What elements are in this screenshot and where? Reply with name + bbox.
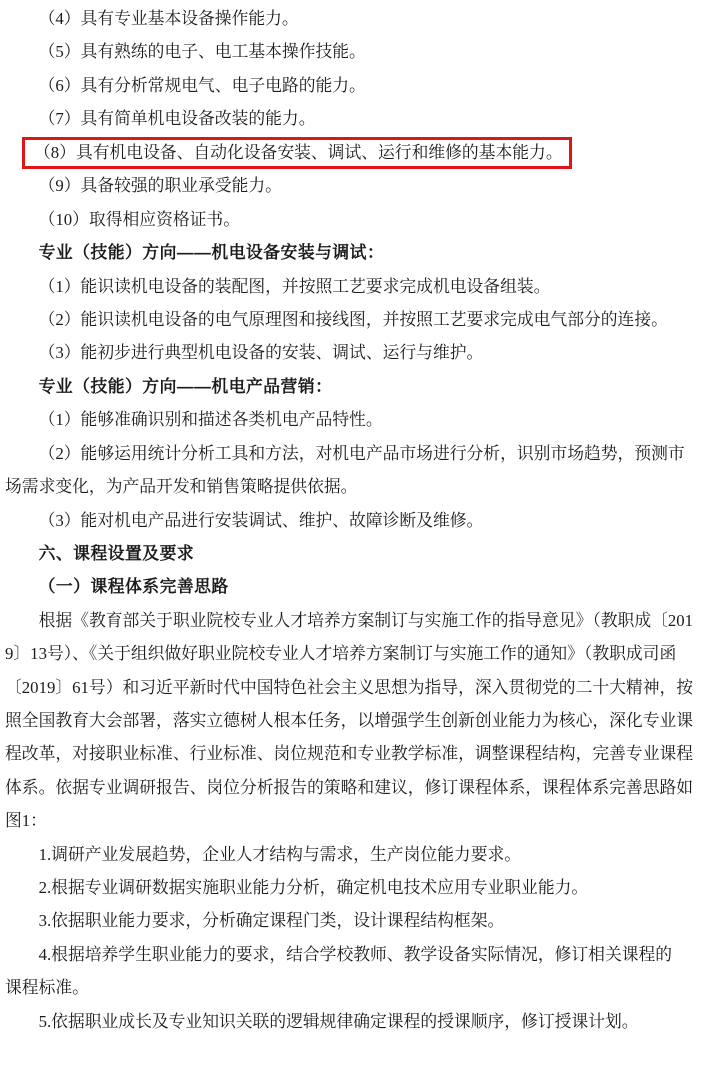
body-paragraph: （1）能够准确识别和描述各类机电产品特性。 <box>5 403 712 436</box>
text-line: （5）具有熟练的电子、电工基本操作技能。 <box>5 35 712 68</box>
text-line: 1.调研产业发展趋势，企业人才结构与需求，生产岗位能力要求。 <box>5 838 712 871</box>
text-line: （2）能识读机电设备的电气原理图和接线图，并按照工艺要求完成电气部分的连接。 <box>5 303 712 336</box>
body-paragraph: （3）能初步进行典型机电设备的安装、调试、运行与维护。 <box>5 336 712 369</box>
text-line: （一）课程体系完善思路 <box>5 570 712 603</box>
heading-paragraph: 专业（技能）方向——机电设备安装与调试： <box>5 236 712 269</box>
text-line: （10）取得相应资格证书。 <box>5 203 712 236</box>
text-line: （1）能够准确识别和描述各类机电产品特性。 <box>5 403 712 436</box>
document-page: （4）具有专业基本设备操作能力。（5）具有熟练的电子、电工基本操作技能。（6）具… <box>0 0 717 1072</box>
body-paragraph: （2）能够运用统计分析工具和方法，对机电产品市场进行分析，识别市场趋势，预测市场… <box>5 437 712 504</box>
text-line: 2.根据专业调研数据实施职业能力分析，确定机电技术应用专业职业能力。 <box>5 871 712 904</box>
text-line: （3）能初步进行典型机电设备的安装、调试、运行与维护。 <box>5 336 712 369</box>
text-line: 专业（技能）方向——机电设备安装与调试： <box>5 236 712 269</box>
text-line: 六、课程设置及要求 <box>5 537 712 570</box>
red-annotation-box: （8）具有机电设备、自动化设备安装、调试、运行和维修的基本能力。 <box>22 137 572 170</box>
heading-paragraph: 专业（技能）方向——机电产品营销： <box>5 370 712 403</box>
text-line: （7）具有简单机电设备改装的能力。 <box>5 102 712 135</box>
text-line: 体系。依据专业调研报告、岗位分析报告的策略和建议，修订课程体系，课程体系完善思路… <box>5 771 712 804</box>
text-line: （4）具有专业基本设备操作能力。 <box>5 2 712 35</box>
text-line: 5.依据职业成长及专业知识关联的逻辑规律确定课程的授课顺序，修订授课计划。 <box>5 1005 712 1038</box>
text-line: （1）能识读机电设备的装配图，并按照工艺要求完成机电设备组装。 <box>5 270 712 303</box>
text-line: 3.依据职业能力要求，分析确定课程门类，设计课程结构框架。 <box>5 904 712 937</box>
heading-paragraph: 六、课程设置及要求 <box>5 537 712 570</box>
text-line: 图1： <box>5 804 712 837</box>
body-paragraph: （7）具有简单机电设备改装的能力。 <box>5 102 712 135</box>
body-paragraph: （10）取得相应资格证书。 <box>5 203 712 236</box>
text-line: 照全国教育大会部署，落实立德树人根本任务，以增强学生创新创业能力为核心，深化专业… <box>5 704 712 737</box>
body-paragraph: 3.依据职业能力要求，分析确定课程门类，设计课程结构框架。 <box>5 904 712 937</box>
body-paragraph: 4.根据培养学生职业能力的要求，结合学校教师、教学设备实际情况，修订相关课程的课… <box>5 938 712 1005</box>
body-paragraph: （4）具有专业基本设备操作能力。 <box>5 2 712 35</box>
text-line: （8）具有机电设备、自动化设备安装、调试、运行和维修的基本能力。 <box>5 136 712 170</box>
body-paragraph: 1.调研产业发展趋势，企业人才结构与需求，生产岗位能力要求。 <box>5 838 712 871</box>
text-line: （2）能够运用统计分析工具和方法，对机电产品市场进行分析，识别市场趋势，预测市 <box>5 437 712 470</box>
heading-paragraph: （一）课程体系完善思路 <box>5 570 712 603</box>
text-line: 根据《教育部关于职业院校专业人才培养方案制订与实施工作的指导意见》（教职成〔20… <box>5 604 712 637</box>
text-line: 〔2019〕61号）和习近平新时代中国特色社会主义思想为指导，深入贯彻党的二十大… <box>5 671 712 704</box>
text-line: 9〕13号）、《关于组织做好职业院校专业人才培养方案制订与实施工作的通知》（教职… <box>5 637 712 670</box>
body-paragraph: （8）具有机电设备、自动化设备安装、调试、运行和维修的基本能力。 <box>5 136 712 170</box>
text-line: （9）具备较强的职业承受能力。 <box>5 169 712 202</box>
body-paragraph: （5）具有熟练的电子、电工基本操作技能。 <box>5 35 712 68</box>
body-paragraph: 2.根据专业调研数据实施职业能力分析，确定机电技术应用专业职业能力。 <box>5 871 712 904</box>
text-line: 课程标准。 <box>5 971 712 1004</box>
text-line: 4.根据培养学生职业能力的要求，结合学校教师、教学设备实际情况，修订相关课程的 <box>5 938 712 971</box>
body-paragraph: （1）能识读机电设备的装配图，并按照工艺要求完成机电设备组装。 <box>5 270 712 303</box>
document-body: （4）具有专业基本设备操作能力。（5）具有熟练的电子、电工基本操作技能。（6）具… <box>5 2 712 1038</box>
body-paragraph: 5.依据职业成长及专业知识关联的逻辑规律确定课程的授课顺序，修订授课计划。 <box>5 1005 712 1038</box>
text-line: 程改革，对接职业标准、行业标准、岗位规范和专业教学标准，调整课程结构，完善专业课… <box>5 737 712 770</box>
body-paragraph: （3）能对机电产品进行安装调试、维护、故障诊断及维修。 <box>5 504 712 537</box>
body-paragraph: （6）具有分析常规电气、电子电路的能力。 <box>5 69 712 102</box>
text-line: 场需求变化，为产品开发和销售策略提供依据。 <box>5 470 712 503</box>
text-line: （6）具有分析常规电气、电子电路的能力。 <box>5 69 712 102</box>
text-line: 专业（技能）方向——机电产品营销： <box>5 370 712 403</box>
body-paragraph: （9）具备较强的职业承受能力。 <box>5 169 712 202</box>
text-line: （3）能对机电产品进行安装调试、维护、故障诊断及维修。 <box>5 504 712 537</box>
body-paragraph: （2）能识读机电设备的电气原理图和接线图，并按照工艺要求完成电气部分的连接。 <box>5 303 712 336</box>
body-paragraph: 根据《教育部关于职业院校专业人才培养方案制订与实施工作的指导意见》（教职成〔20… <box>5 604 712 838</box>
